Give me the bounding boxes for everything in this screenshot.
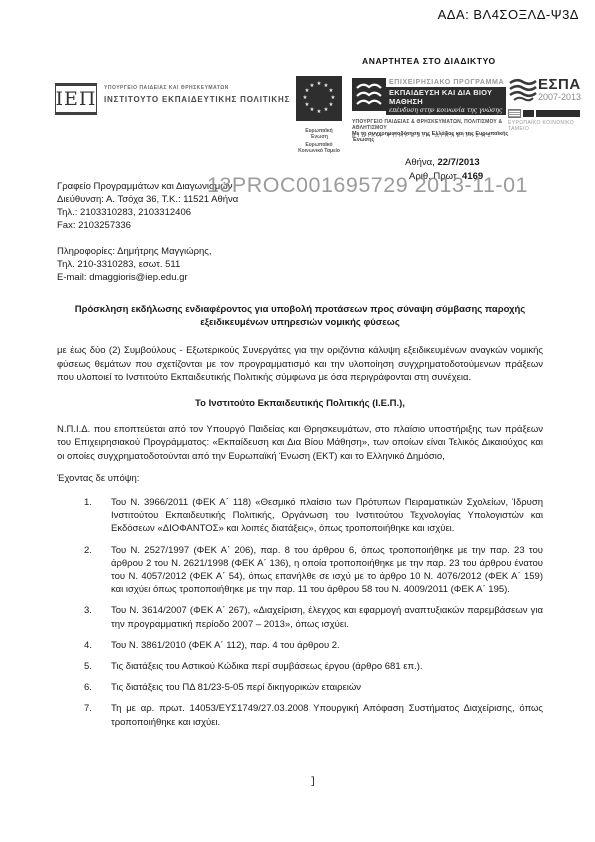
item-number: 5.	[57, 660, 111, 673]
list-item: 5. Τις διατάξεις του Αστικού Κώδικα περί…	[57, 660, 543, 673]
svg-text:★: ★	[324, 107, 329, 113]
svg-text:★: ★	[303, 95, 308, 101]
item-number: 4.	[57, 639, 111, 652]
cofinance-label: Με τη συγχρηματοδότηση της Ελλάδας και τ…	[352, 131, 520, 143]
organization-paragraph: Ν.Π.Ι.Δ. που εποπτεύεται από τον Υπουργό…	[57, 423, 543, 463]
date-line: Αθήνα, 22/7/2013	[405, 156, 483, 170]
intro-paragraph: με έως δύο (2) Συμβούλους - Εξωτερικούς …	[57, 344, 543, 384]
list-item: 4. Του Ν. 3861/2010 (ΦΕΚ Α΄ 112), παρ. 4…	[57, 639, 543, 652]
anartitea-label: ΑΝΑΡΤΗΤΕΑ ΣΤΟ ΔΙΑΔΙΚΤΥΟ	[362, 56, 496, 66]
list-item: 2. Του Ν. 2527/1997 (ΦΕΚ Α΄ 206), παρ. 8…	[57, 544, 543, 597]
iep-logo-text: ΥΠΟΥΡΓΕΙΟ ΠΑΙΔΕΙΑΣ ΚΑΙ ΘΡΗΣΚΕΥΜΑΤΩΝ ΙΝΣΤ…	[104, 83, 290, 104]
iep-institute-label: ΙΝΣΤΙΤΟΥΤΟ ΕΚΠΑΙΔΕΥΤΙΚΗΣ ΠΟΛΙΤΙΚΗΣ	[104, 95, 290, 104]
svg-text:★: ★	[305, 102, 310, 108]
item-text: Τις διατάξεις του ΠΔ 81/23-5-05 περί δικ…	[111, 681, 543, 694]
contact-info-person: Πληροφορίες: Δημήτρης Μαγγιώρης,	[57, 245, 238, 258]
svg-text:★: ★	[331, 95, 336, 101]
item-number: 7.	[57, 702, 111, 728]
page-footer-mark: ]	[310, 777, 316, 788]
document-page: ΑΔΑ: ΒΛ4ΣΟΞΛΔ-Ψ3Δ ΑΝΑΡΤΗΤΕΑ ΣΤΟ ΔΙΑΔΙΚΤΥ…	[0, 0, 595, 842]
svg-text:★: ★	[317, 81, 322, 87]
place-label: Αθήνα,	[405, 157, 435, 168]
svg-text:★: ★	[310, 83, 315, 89]
contact-fax: Fax: 2103257336	[57, 219, 238, 232]
espa-banner	[536, 110, 580, 117]
proc-watermark: 13PROC001695729 2013-11-01	[207, 173, 528, 198]
iep-logo-abbr: ΙΕΠ	[55, 83, 97, 115]
item-text: Του Ν. 3966/2011 (ΦΕΚ Α΄ 118) «Θεσμικό π…	[111, 496, 543, 536]
svg-text:★: ★	[310, 107, 315, 113]
list-item: 3. Του Ν. 3614/2007 (ΦΕΚ Α΄ 267), «Διαχε…	[57, 604, 543, 630]
contact-info-phone: Τηλ. 210-3310283, εσωτ. 511	[57, 258, 238, 271]
eu-caption-line1: Ευρωπαϊκή Ένωση	[296, 128, 342, 140]
eu-flag-block: ★★★ ★★★ ★★★ ★★★ Ευρωπαϊκή Ένωση Ευρωπαϊκ…	[296, 76, 342, 154]
item-number: 1.	[57, 496, 111, 536]
espa-fund-label: ΕΥΡΩΠΑΪΚΟ ΚΟΙΝΩΝΙΚΟ ΤΑΜΕΙΟ	[508, 120, 592, 132]
ep-ministry-label: ΥΠΟΥΡΓΕΙΟ ΠΑΙΔΕΙΑΣ & ΘΡΗΣΚΕΥΜΑΤΩΝ, ΠΟΛΙΤ…	[352, 119, 506, 131]
eu-flag-small-icon	[523, 110, 534, 117]
svg-text:★: ★	[329, 88, 334, 94]
svg-text:★: ★	[317, 109, 322, 115]
list-item: 7. Τη με αρ. πρωτ. 14053/ΕΥΣ1749/27.03.2…	[57, 702, 543, 728]
organization-heading: Το Ινστιτούτο Εκπαιδευτικής Πολιτικής (Ι…	[57, 397, 543, 410]
iep-logo: ΙΕΠ ΥΠΟΥΡΓΕΙΟ ΠΑΙΔΕΙΑΣ ΚΑΙ ΘΡΗΣΚΕΥΜΑΤΩΝ …	[55, 83, 290, 115]
iep-ministry-label: ΥΠΟΥΡΓΕΙΟ ΠΑΙΔΕΙΑΣ ΚΑΙ ΘΡΗΣΚΕΥΜΑΤΩΝ	[104, 85, 290, 91]
espa-name-label: ΕΣΠΑ	[538, 78, 581, 92]
eu-caption-line2: Ευρωπαϊκό Κοινωνικό Ταμείο	[296, 142, 342, 154]
item-text: Του Ν. 3614/2007 (ΦΕΚ Α΄ 267), «Διαχείρι…	[111, 604, 543, 630]
greece-flag-icon	[508, 109, 521, 118]
espa-years-label: 2007-2013	[538, 92, 581, 102]
ada-code: ΑΔΑ: ΒΛ4ΣΟΞΛΔ-Ψ3Δ	[438, 7, 579, 22]
list-item: 6. Τις διατάξεις του ΠΔ 81/23-5-05 περί …	[57, 681, 543, 694]
item-number: 6.	[57, 681, 111, 694]
item-number: 2.	[57, 544, 111, 597]
item-text: Τη με αρ. πρωτ. 14053/ΕΥΣ1749/27.03.2008…	[111, 702, 543, 728]
espa-logo: ΕΣΠΑ 2007-2013 ΕΥΡΩΠΑΪΚΟ ΚΟΙΝΩΝΙΚΟ ΤΑΜΕΙ…	[508, 78, 592, 132]
espa-waves-icon	[508, 78, 538, 107]
date-value: 22/7/2013	[437, 157, 479, 168]
ep-programme-label: ΕΠΙΧΕΙΡΗΣΙΑΚΟ ΠΡΟΓΡΑΜΜΑ	[386, 78, 506, 87]
book-icon	[352, 78, 386, 116]
ep-logo: ΕΠΙΧΕΙΡΗΣΙΑΚΟ ΠΡΟΓΡΑΜΜΑ ΕΚΠΑΙΔΕΥΣΗ ΚΑΙ Δ…	[352, 78, 506, 139]
contact-phones: Τηλ.: 2103310283, 2103312406	[57, 206, 238, 219]
eu-flag-icon: ★★★ ★★★ ★★★ ★★★	[296, 108, 342, 125]
item-number: 3.	[57, 604, 111, 630]
svg-text:★: ★	[329, 102, 334, 108]
item-text: Του Ν. 2527/1997 (ΦΕΚ Α΄ 206), παρ. 8 το…	[111, 544, 543, 597]
item-text: Τις διατάξεις του Αστικού Κώδικα περί συ…	[111, 660, 543, 673]
legal-basis-list: 1. Του Ν. 3966/2011 (ΦΕΚ Α΄ 118) «Θεσμικ…	[57, 496, 543, 729]
contact-email: E-mail: dmaggioris@iep.edu.gr	[57, 271, 238, 284]
having-regard-label: Έχοντας δε υπόψη:	[57, 472, 543, 485]
item-text: Του Ν. 3861/2010 (ΦΕΚ Α΄ 112), παρ. 4 το…	[111, 639, 543, 652]
document-body: Πρόσκληση εκδήλωσης ενδιαφέροντος για υπ…	[57, 303, 543, 737]
list-item: 1. Του Ν. 3966/2011 (ΦΕΚ Α΄ 118) «Θεσμικ…	[57, 496, 543, 536]
ep-tagline: επένδυση στην κοινωνία της γνώσης	[389, 106, 503, 114]
ep-title-label: ΕΚΠΑΙΔΕΥΣΗ ΚΑΙ ΔΙΑ ΒΙΟΥ ΜΑΘΗΣΗ	[389, 88, 503, 106]
document-title: Πρόσκληση εκδήλωσης ενδιαφέροντος για υπ…	[63, 303, 537, 329]
